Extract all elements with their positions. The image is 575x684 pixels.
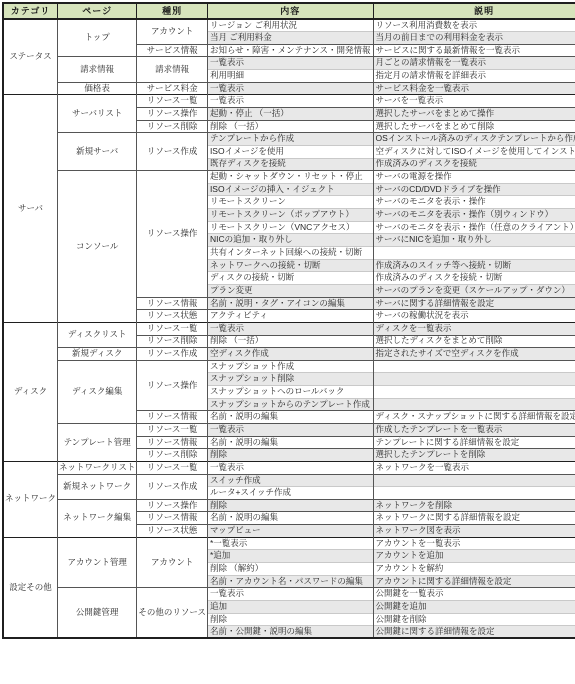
cell-content: 既存ディスクを接続	[207, 158, 373, 171]
cell-content: ルータ+スイッチ作成	[207, 487, 373, 500]
cell-page: 請求情報	[58, 57, 137, 82]
cell-description: 公開鍵を削除	[373, 613, 575, 626]
cell-content: ISOイメージの挿入・イジェクト	[207, 183, 373, 196]
header-row: カテゴリページ種別内容説明	[3, 3, 575, 19]
cell-content: 一覧表示	[207, 588, 373, 601]
cell-content: スナップショット削除	[207, 373, 373, 386]
cell-page: アカウント管理	[58, 537, 137, 588]
cell-category: ネットワーク	[3, 461, 58, 537]
cell-content: リモートスクリーン（VNCアクセス）	[207, 221, 373, 234]
table-row: ディスクディスクリストリソース一覧一覧表示ディスクを一覧表示	[3, 322, 575, 335]
cell-content: 一覧表示	[207, 57, 373, 70]
cell-content: *一覧表示	[207, 537, 373, 550]
cell-content: 一覧表示	[207, 424, 373, 437]
cell-content: ISOイメージを使用	[207, 145, 373, 158]
cell-content: NICの追加・取り外し	[207, 234, 373, 247]
table-row: コンソールリソース操作起動・シャットダウン・リセット・停止サーバの電源を操作	[3, 171, 575, 184]
cell-page: コンソール	[58, 171, 137, 323]
cell-content: 共有インターネット回線への接続・切断	[207, 247, 373, 260]
table-row: 設定その他アカウント管理アカウント*一覧表示アカウントを一覧表示	[3, 537, 575, 550]
cell-description: サーバの稼働状況を表示	[373, 310, 575, 323]
cell-kind: リソース情報	[137, 436, 208, 449]
cell-kind: アカウント	[137, 19, 208, 44]
table-header: カテゴリページ種別内容説明	[3, 3, 575, 19]
table-row: 新規ネットワークリソース作成スイッチ作成	[3, 474, 575, 487]
feature-matrix-table: カテゴリページ種別内容説明 ステータストップアカウントリージョン ご利用状況リソ…	[2, 2, 575, 639]
cell-content: 一覧表示	[207, 461, 373, 474]
cell-kind: リソース作成	[137, 474, 208, 499]
cell-content: 当月 ご利用料金	[207, 32, 373, 45]
cell-description: ディスクを一覧表示	[373, 322, 575, 335]
table-row: ネットワークネットワークリストリソース一覧一覧表示ネットワークを一覧表示	[3, 461, 575, 474]
cell-description: サービス料金を一覧表示	[373, 82, 575, 95]
cell-page: サーバリスト	[58, 95, 137, 133]
cell-description: サーバに関する詳細情報を設定	[373, 297, 575, 310]
cell-description: OSインストール済みのディスクテンプレートから作成	[373, 133, 575, 146]
cell-description: ネットワークを一覧表示	[373, 461, 575, 474]
column-header-category: カテゴリ	[3, 3, 58, 19]
cell-description: 公開鍵を一覧表示	[373, 588, 575, 601]
cell-page: ディスクリスト	[58, 322, 137, 347]
cell-content: 削除 （一括）	[207, 335, 373, 348]
cell-content: 一覧表示	[207, 322, 373, 335]
cell-content: ネットワークへの接続・切断	[207, 259, 373, 272]
cell-kind: アカウント	[137, 537, 208, 588]
cell-description: 選択したテンプレートを削除	[373, 449, 575, 462]
cell-content: *追加	[207, 550, 373, 563]
cell-kind: リソース情報	[137, 512, 208, 525]
cell-description: 公開鍵を追加	[373, 600, 575, 613]
cell-page: 新規ネットワーク	[58, 474, 137, 499]
cell-category: ディスク	[3, 322, 58, 461]
cell-description: 選択したサーバをまとめて削除	[373, 120, 575, 133]
cell-content: プラン変更	[207, 284, 373, 297]
cell-content: リージョン ご利用状況	[207, 19, 373, 32]
cell-kind: リソース一覧	[137, 461, 208, 474]
cell-description: サーバのモニタを表示・操作	[373, 196, 575, 209]
cell-content: 削除 （解約）	[207, 563, 373, 576]
cell-description	[373, 386, 575, 399]
cell-content: 空ディスク作成	[207, 348, 373, 361]
cell-page: 新規ディスク	[58, 348, 137, 361]
cell-description: サーバのCD/DVDドライブを操作	[373, 183, 575, 196]
cell-content: 名前・説明の編集	[207, 411, 373, 424]
table-row: 新規ディスクリソース作成空ディスク作成指定されたサイズで空ディスクを作成	[3, 348, 575, 361]
cell-kind: リソース削除	[137, 335, 208, 348]
cell-content: 名前・説明の編集	[207, 436, 373, 449]
cell-content: 削除 （一括）	[207, 120, 373, 133]
column-header-content: 内容	[207, 3, 373, 19]
cell-content: スナップショットからのテンプレート作成	[207, 398, 373, 411]
cell-kind: その他のリソース	[137, 588, 208, 639]
cell-content: 起動・シャットダウン・リセット・停止	[207, 171, 373, 184]
cell-kind: リソース一覧	[137, 95, 208, 108]
cell-content: 追加	[207, 600, 373, 613]
cell-description	[373, 373, 575, 386]
cell-content: マップビュー	[207, 525, 373, 538]
cell-page: テンプレート管理	[58, 424, 137, 462]
cell-kind: サービス情報	[137, 44, 208, 57]
cell-content: 削除	[207, 449, 373, 462]
cell-kind: リソース作成	[137, 348, 208, 361]
cell-description	[373, 474, 575, 487]
cell-description: サーバを一覧表示	[373, 95, 575, 108]
table-row: 請求情報請求情報一覧表示月ごとの請求情報を一覧表示	[3, 57, 575, 70]
table-row: 新規サーバリソース作成テンプレートから作成OSインストール済みのディスクテンプレ…	[3, 133, 575, 146]
cell-description: サーバにNICを追加・取り外し	[373, 234, 575, 247]
cell-description: アカウントを解約	[373, 563, 575, 576]
cell-content: 一覧表示	[207, 82, 373, 95]
cell-page: ネットワーク編集	[58, 499, 137, 537]
table-row: テンプレート管理リソース一覧一覧表示作成したテンプレートを一覧表示	[3, 424, 575, 437]
cell-page: ディスク編集	[58, 360, 137, 423]
cell-kind: リソース作成	[137, 133, 208, 171]
cell-description: ネットワーク図を表示	[373, 525, 575, 538]
cell-content: ディスクの接続・切断	[207, 272, 373, 285]
cell-description: サーバの電源を操作	[373, 171, 575, 184]
cell-page: 公開鍵管理	[58, 588, 137, 639]
cell-kind: リソース操作	[137, 171, 208, 297]
cell-content: 一覧表示	[207, 95, 373, 108]
table-row: ステータストップアカウントリージョン ご利用状況リソース利用消費数を表示	[3, 19, 575, 32]
cell-kind: リソース一覧	[137, 424, 208, 437]
cell-description: ネットワークに関する詳細情報を設定	[373, 512, 575, 525]
cell-content: アクティビティ	[207, 310, 373, 323]
table-row: サーバサーバリストリソース一覧一覧表示サーバを一覧表示	[3, 95, 575, 108]
cell-content: 削除	[207, 613, 373, 626]
cell-description	[373, 247, 575, 260]
cell-description: アカウントを追加	[373, 550, 575, 563]
cell-category: ステータス	[3, 19, 58, 95]
cell-content: お知らせ・障害・メンテナンス・開発情報	[207, 44, 373, 57]
cell-description: サーバのモニタを表示・操作（別ウィンドウ）	[373, 209, 575, 222]
cell-page: ネットワークリスト	[58, 461, 137, 474]
cell-description: アカウントに関する詳細情報を設定	[373, 575, 575, 588]
cell-kind: リソース状態	[137, 310, 208, 323]
cell-description: サービスに関する最新情報を一覧表示	[373, 44, 575, 57]
cell-description	[373, 360, 575, 373]
column-header-page: ページ	[58, 3, 137, 19]
cell-description: 指定されたサイズで空ディスクを作成	[373, 348, 575, 361]
cell-description: リソース利用消費数を表示	[373, 19, 575, 32]
cell-content: スナップショット作成	[207, 360, 373, 373]
table-row: 公開鍵管理その他のリソース一覧表示公開鍵を一覧表示	[3, 588, 575, 601]
cell-kind: リソース情報	[137, 411, 208, 424]
cell-content: スナップショットへのロールバック	[207, 386, 373, 399]
cell-content: 削除	[207, 499, 373, 512]
cell-page: 新規サーバ	[58, 133, 137, 171]
cell-description: 作成済みのディスクを接続・切断	[373, 272, 575, 285]
cell-category: 設定その他	[3, 537, 58, 638]
cell-page: 価格表	[58, 82, 137, 95]
cell-kind: リソース状態	[137, 525, 208, 538]
cell-category: サーバ	[3, 95, 58, 323]
cell-description	[373, 487, 575, 500]
cell-kind: サービス料金	[137, 82, 208, 95]
cell-kind: リソース一覧	[137, 322, 208, 335]
table-row: ディスク編集リソース操作スナップショット作成	[3, 360, 575, 373]
cell-content: 名前・説明の編集	[207, 512, 373, 525]
cell-content: スイッチ作成	[207, 474, 373, 487]
cell-page: トップ	[58, 19, 137, 57]
column-header-description: 説明	[373, 3, 575, 19]
cell-description: 指定月の請求情報を詳細表示	[373, 70, 575, 83]
cell-kind: 請求情報	[137, 57, 208, 82]
cell-description: 月ごとの請求情報を一覧表示	[373, 57, 575, 70]
cell-kind: リソース操作	[137, 107, 208, 120]
cell-description: サーバのプランを変更（スケールアップ・ダウン）	[373, 284, 575, 297]
cell-content: リモートスクリーン（ポップアウト）	[207, 209, 373, 222]
cell-content: 名前・公開鍵・説明の編集	[207, 626, 373, 639]
spreadsheet-area: カテゴリページ種別内容説明 ステータストップアカウントリージョン ご利用状況リソ…	[0, 0, 575, 641]
cell-description: 作成済みのスイッチ等へ接続・切断	[373, 259, 575, 272]
cell-content: リモートスクリーン	[207, 196, 373, 209]
table-row: ネットワーク編集リソース操作削除ネットワークを削除	[3, 499, 575, 512]
table-body: ステータストップアカウントリージョン ご利用状況リソース利用消費数を表示当月 ご…	[3, 19, 575, 638]
column-header-kind: 種別	[137, 3, 208, 19]
cell-kind: リソース操作	[137, 360, 208, 411]
cell-description: 作成したテンプレートを一覧表示	[373, 424, 575, 437]
cell-kind: リソース削除	[137, 120, 208, 133]
cell-content: テンプレートから作成	[207, 133, 373, 146]
cell-description: 作成済みのディスクを接続	[373, 158, 575, 171]
cell-description: ネットワークを削除	[373, 499, 575, 512]
cell-description: 空ディスクに対してISOイメージを使用してインストール	[373, 145, 575, 158]
cell-content: 利用明細	[207, 70, 373, 83]
cell-description: テンプレートに関する詳細情報を設定	[373, 436, 575, 449]
cell-description	[373, 398, 575, 411]
cell-description: 公開鍵に関する詳細情報を設定	[373, 626, 575, 639]
cell-description: 当月の前日までの利用料金を表示	[373, 32, 575, 45]
cell-description: アカウントを一覧表示	[373, 537, 575, 550]
cell-description: 選択したディスクをまとめて削除	[373, 335, 575, 348]
cell-content: 名前・アカウント名・パスワードの編集	[207, 575, 373, 588]
table-row: 価格表サービス料金一覧表示サービス料金を一覧表示	[3, 82, 575, 95]
cell-content: 名前・説明・タグ・アイコンの編集	[207, 297, 373, 310]
cell-description: 選択したサーバをまとめて操作	[373, 107, 575, 120]
cell-kind: リソース情報	[137, 297, 208, 310]
cell-description: ディスク・スナップショットに関する詳細情報を設定	[373, 411, 575, 424]
cell-content: 起動・停止 （一括）	[207, 107, 373, 120]
cell-description: サーバのモニタを表示・操作（任意のクライアント）	[373, 221, 575, 234]
cell-kind: リソース操作	[137, 499, 208, 512]
cell-kind: リソース削除	[137, 449, 208, 462]
